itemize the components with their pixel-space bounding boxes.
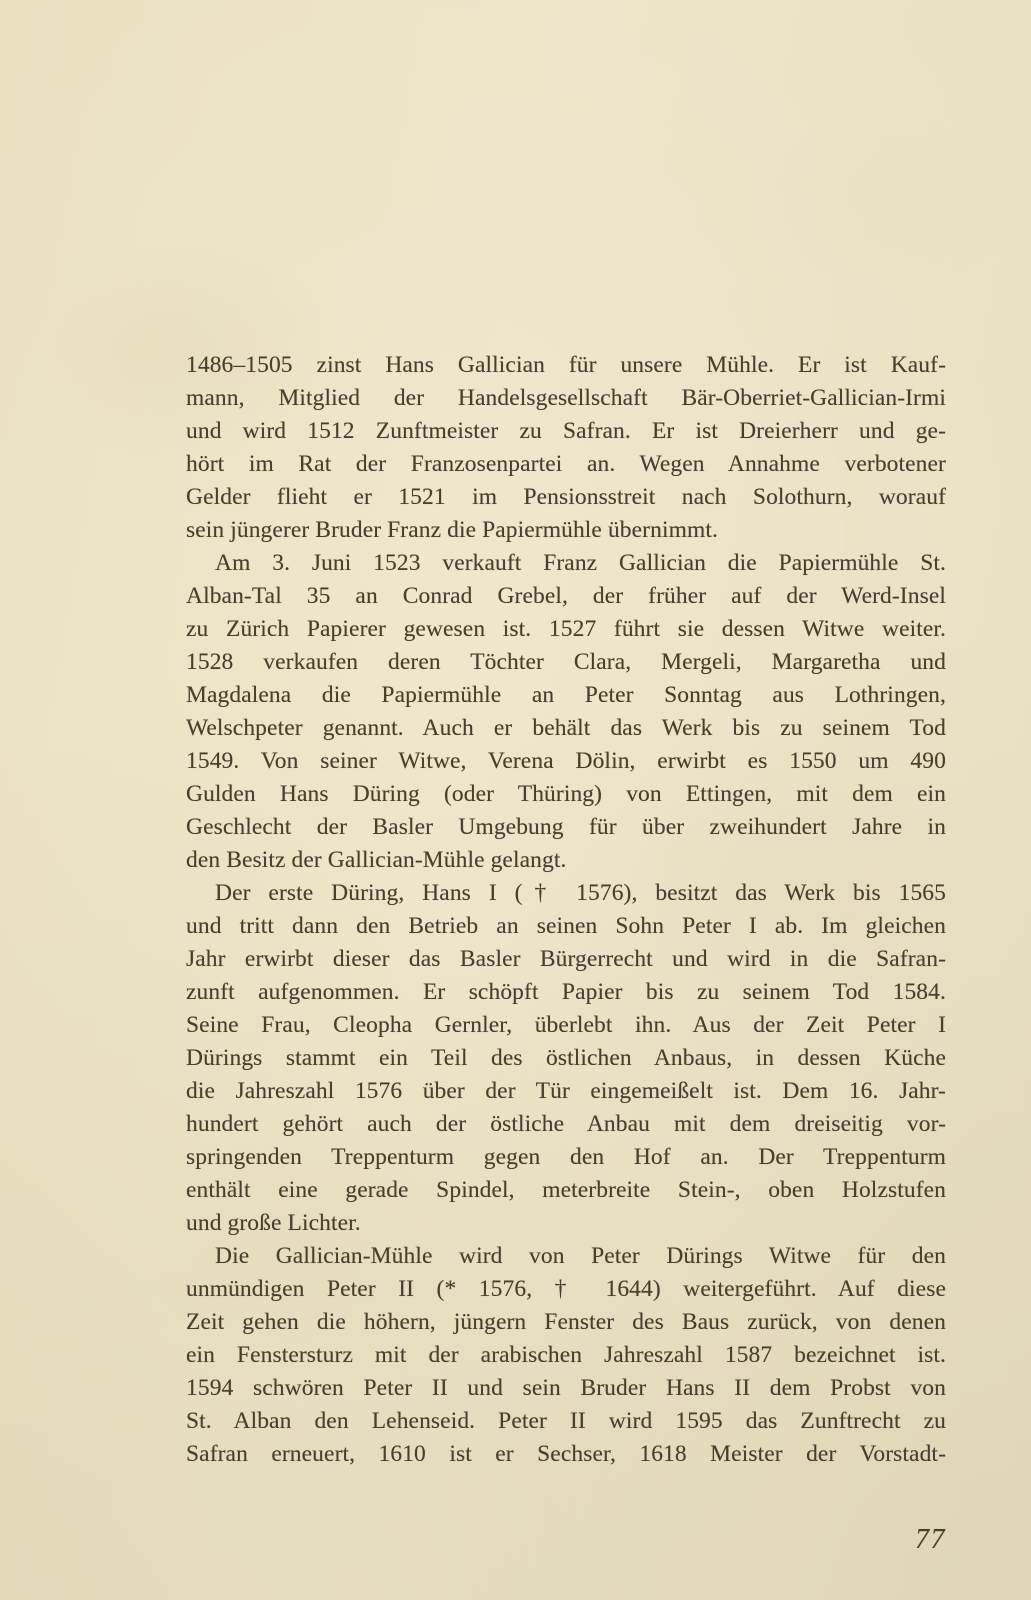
page-number: 77 [915, 1524, 946, 1556]
page-text: 1486–1505 zinst Hans Gallician für unser… [186, 349, 946, 1471]
text-line: Die Gallician-Mühle wird von Peter Dürin… [186, 1240, 946, 1273]
text-line: Safran erneuert, 1610 ist er Sechser, 16… [186, 1438, 946, 1471]
text-line: hört im Rat der Franzosenpartei an. Wege… [186, 448, 946, 481]
scanned-page: 1486–1505 zinst Hans Gallician für unser… [0, 0, 1031, 1600]
text-line: ein Fenstersturz mit der arabischen Jahr… [186, 1339, 946, 1372]
text-line: Gelder flieht er 1521 im Pensionsstreit … [186, 481, 946, 514]
text-line: Gulden Hans Düring (oder Thüring) von Et… [186, 778, 946, 811]
text-line: 1594 schwören Peter II und sein Bruder H… [186, 1372, 946, 1405]
text-line: mann, Mitglied der Handelsgesellschaft B… [186, 382, 946, 415]
text-line: springenden Treppenturm gegen den Hof an… [186, 1141, 946, 1174]
text-line: und tritt dann den Betrieb an seinen Soh… [186, 910, 946, 943]
text-line: den Besitz der Gallician-Mühle gelangt. [186, 844, 946, 877]
text-line: sein jüngerer Bruder Franz die Papiermüh… [186, 514, 946, 547]
text-line: 1549. Von seiner Witwe, Verena Dölin, er… [186, 745, 946, 778]
text-line: Magdalena die Papiermühle an Peter Sonnt… [186, 679, 946, 712]
text-line: zu Zürich Papierer gewesen ist. 1527 füh… [186, 613, 946, 646]
text-line: enthält eine gerade Spindel, meterbreite… [186, 1174, 946, 1207]
text-line: Der erste Düring, Hans I († 1576), besit… [186, 877, 946, 910]
text-line: Geschlecht der Basler Umgebung für über … [186, 811, 946, 844]
text-line: unmündigen Peter II (* 1576, † 1644) wei… [186, 1273, 946, 1306]
text-line: und große Lichter. [186, 1207, 946, 1240]
text-line: Welschpeter genannt. Auch er behält das … [186, 712, 946, 745]
text-line: und wird 1512 Zunftmeister zu Safran. Er… [186, 415, 946, 448]
text-line: hundert gehört auch der östliche Anbau m… [186, 1108, 946, 1141]
text-line: zunft aufgenommen. Er schöpft Papier bis… [186, 976, 946, 1009]
text-line: Dürings stammt ein Teil des östlichen An… [186, 1042, 946, 1075]
text-line: Jahr erwirbt dieser das Basler Bürgerrec… [186, 943, 946, 976]
text-line: 1486–1505 zinst Hans Gallician für unser… [186, 349, 946, 382]
text-line: Alban-Tal 35 an Conrad Grebel, der frühe… [186, 580, 946, 613]
text-line: Am 3. Juni 1523 verkauft Franz Gallician… [186, 547, 946, 580]
text-line: Zeit gehen die höhern, jüngern Fenster d… [186, 1306, 946, 1339]
text-line: 1528 verkaufen deren Töchter Clara, Merg… [186, 646, 946, 679]
text-line: St. Alban den Lehenseid. Peter II wird 1… [186, 1405, 946, 1438]
text-line: die Jahreszahl 1576 über der Tür eingeme… [186, 1075, 946, 1108]
text-line: Seine Frau, Cleopha Gernler, überlebt ih… [186, 1009, 946, 1042]
